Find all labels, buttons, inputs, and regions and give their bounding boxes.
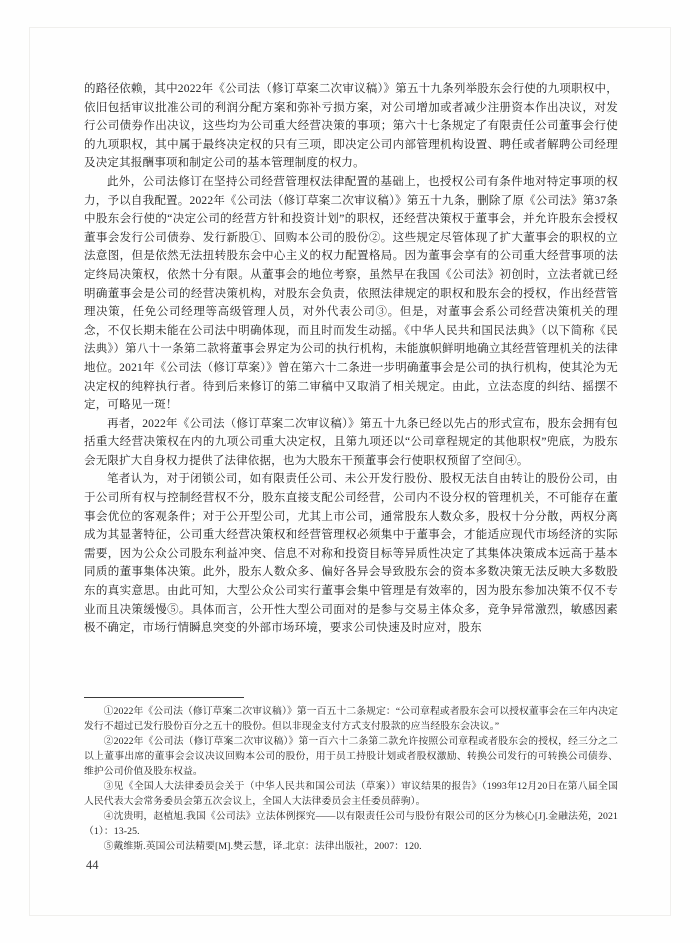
footnote-item: ④沈贵明，赵植旭.我国《公司法》立法体例探究——以有限责任公司与股份有限公司的区…	[84, 809, 618, 839]
article-body: 的路径依赖，其中2022年《公司法（修订草案二次审议稿）》第五十九条列举股东会行…	[84, 80, 618, 638]
footnote-item: ②2022年《公司法（修订草案二次审议稿）》第一百六十二条第二款允许按照公司章程…	[84, 734, 618, 779]
footnote-item: ③见《全国人大法律委员会关于（中华人民共和国公司法（草案））审议结果的报告》（1…	[84, 779, 618, 809]
body-paragraph-continuation: 的路径依赖，其中2022年《公司法（修订草案二次审议稿）》第五十九条列举股东会行…	[84, 80, 618, 173]
document-page: 的路径依赖，其中2022年《公司法（修订草案二次审议稿）》第五十九条列举股东会行…	[0, 0, 700, 943]
body-paragraph: 此外，公司法修订在坚持公司经营管理权法律配置的基础上，也授权公司有条件地对特定事…	[84, 173, 618, 415]
page-number: 44	[86, 858, 99, 873]
footnote-item: ①2022年《公司法（修订草案二次审议稿）》第一百五十二条规定：“公司章程或者股…	[84, 704, 618, 734]
footnote-separator	[84, 697, 244, 698]
body-paragraph: 笔者认为，对于闭锁公司，如有限责任公司、未公开发行股份、股权无法自由转让的股份公…	[84, 470, 618, 637]
footnotes-section: ①2022年《公司法（修订草案二次审议稿）》第一百五十二条规定：“公司章程或者股…	[84, 697, 618, 854]
body-paragraph: 再者，2022年《公司法（修订草案二次审议稿）》第五十九条已经以先占的形式宣布，…	[84, 415, 618, 471]
footnote-item: ⑤戴维斯.英国公司法精要[M].樊云慧，译.北京：法律出版社，2007：120.	[84, 839, 618, 854]
